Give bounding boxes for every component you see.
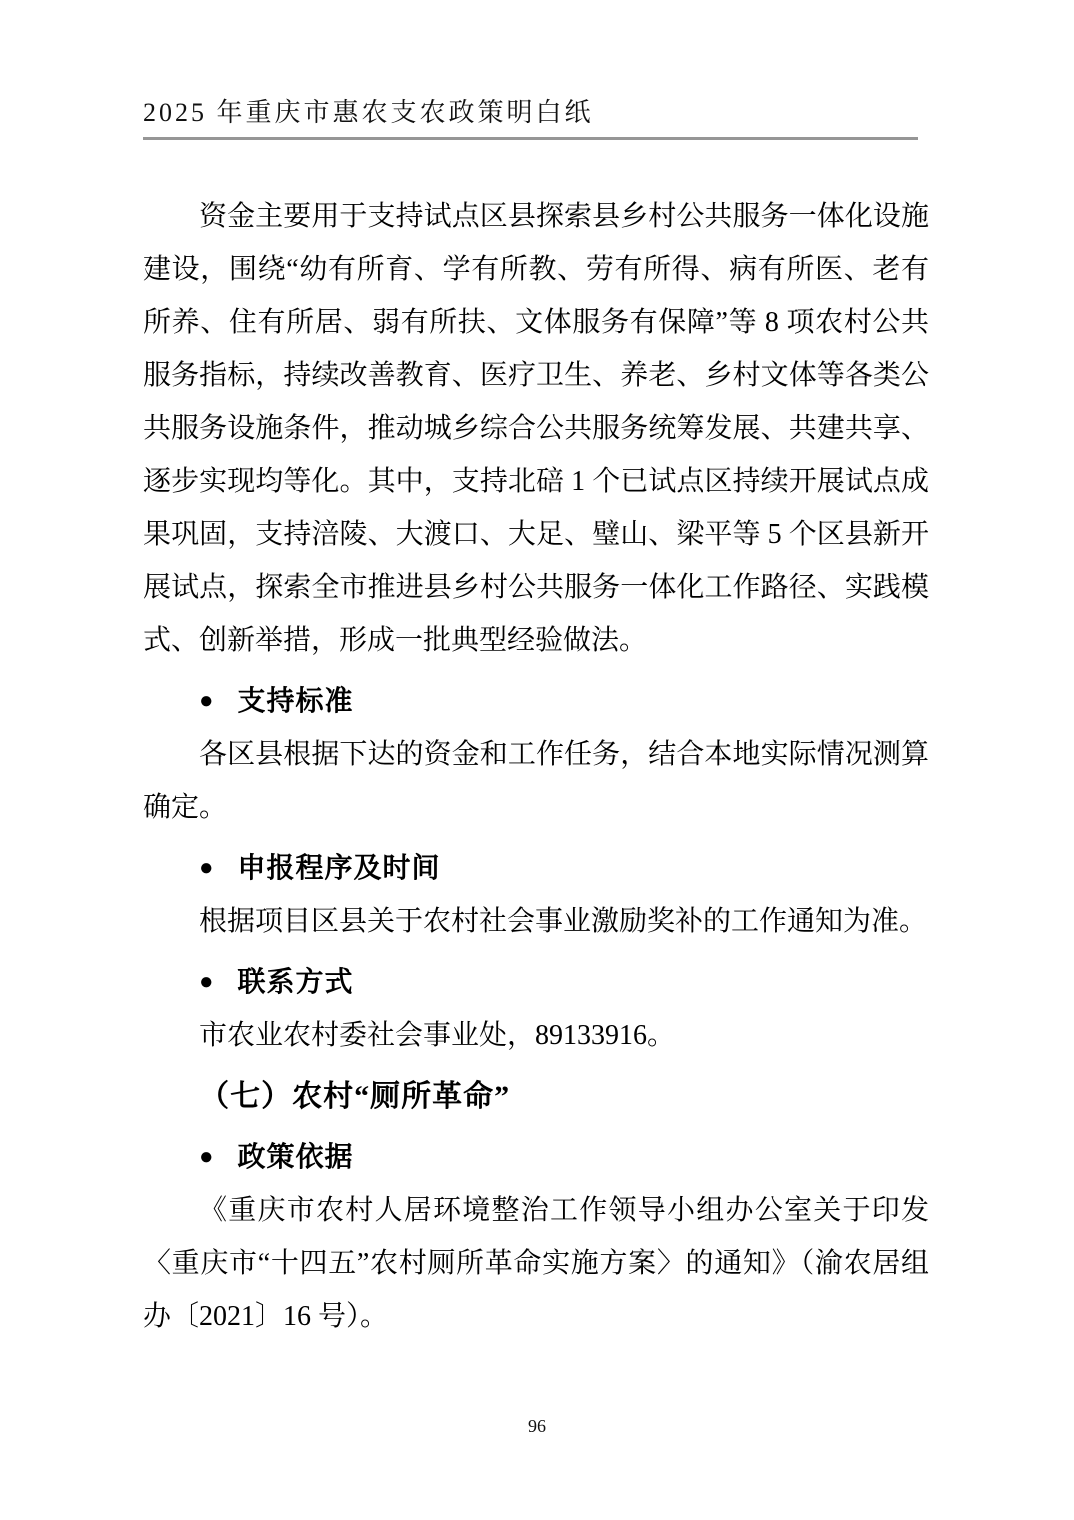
page-footer: 96 <box>0 1416 1074 1437</box>
bullet-heading-label: 支持标准 <box>238 675 354 728</box>
body-paragraph-contact-info: 市农业农村委社会事业处，89133916。 <box>143 1009 929 1062</box>
document-body: 资金主要用于支持试点区县探索县乡村公共服务一体化设施建设，围绕“幼有所育、学有所… <box>143 190 929 1343</box>
header-divider <box>143 137 918 140</box>
bullet-heading-label: 联系方式 <box>238 956 354 1009</box>
body-paragraph-policy-basis: 《重庆市农村人居环境整治工作领导小组办公室关于印发〈重庆市“十四五”农村厕所革命… <box>143 1184 929 1343</box>
section-heading-rural-toilet-revolution: （七）农村“厕所革命” <box>143 1070 929 1123</box>
bullet-heading-label: 政策依据 <box>238 1131 354 1184</box>
bullet-heading-contact-info: ● 联系方式 <box>143 956 929 1009</box>
bullet-icon: ● <box>199 675 214 728</box>
bullet-heading-policy-basis: ● 政策依据 <box>143 1131 929 1184</box>
body-paragraph-application-procedure: 根据项目区县关于农村社会事业激励奖补的工作通知为准。 <box>143 895 929 948</box>
bullet-icon: ● <box>199 842 214 895</box>
body-paragraph-funding-usage: 资金主要用于支持试点区县探索县乡村公共服务一体化设施建设，围绕“幼有所育、学有所… <box>143 190 929 667</box>
document-page: 2025 年重庆市惠农支农政策明白纸 资金主要用于支持试点区县探索县乡村公共服务… <box>0 0 1074 1520</box>
bullet-heading-application-procedure: ● 申报程序及时间 <box>143 842 929 895</box>
document-title: 2025 年重庆市惠农支农政策明白纸 <box>143 96 929 130</box>
bullet-icon: ● <box>199 1131 214 1184</box>
bullet-heading-label: 申报程序及时间 <box>238 842 441 895</box>
bullet-heading-support-standard: ● 支持标准 <box>143 675 929 728</box>
bullet-icon: ● <box>199 956 214 1009</box>
page-header: 2025 年重庆市惠农支农政策明白纸 <box>143 96 929 140</box>
page-number: 96 <box>528 1416 546 1436</box>
body-paragraph-support-standard: 各区县根据下达的资金和工作任务，结合本地实际情况测算确定。 <box>143 728 929 834</box>
